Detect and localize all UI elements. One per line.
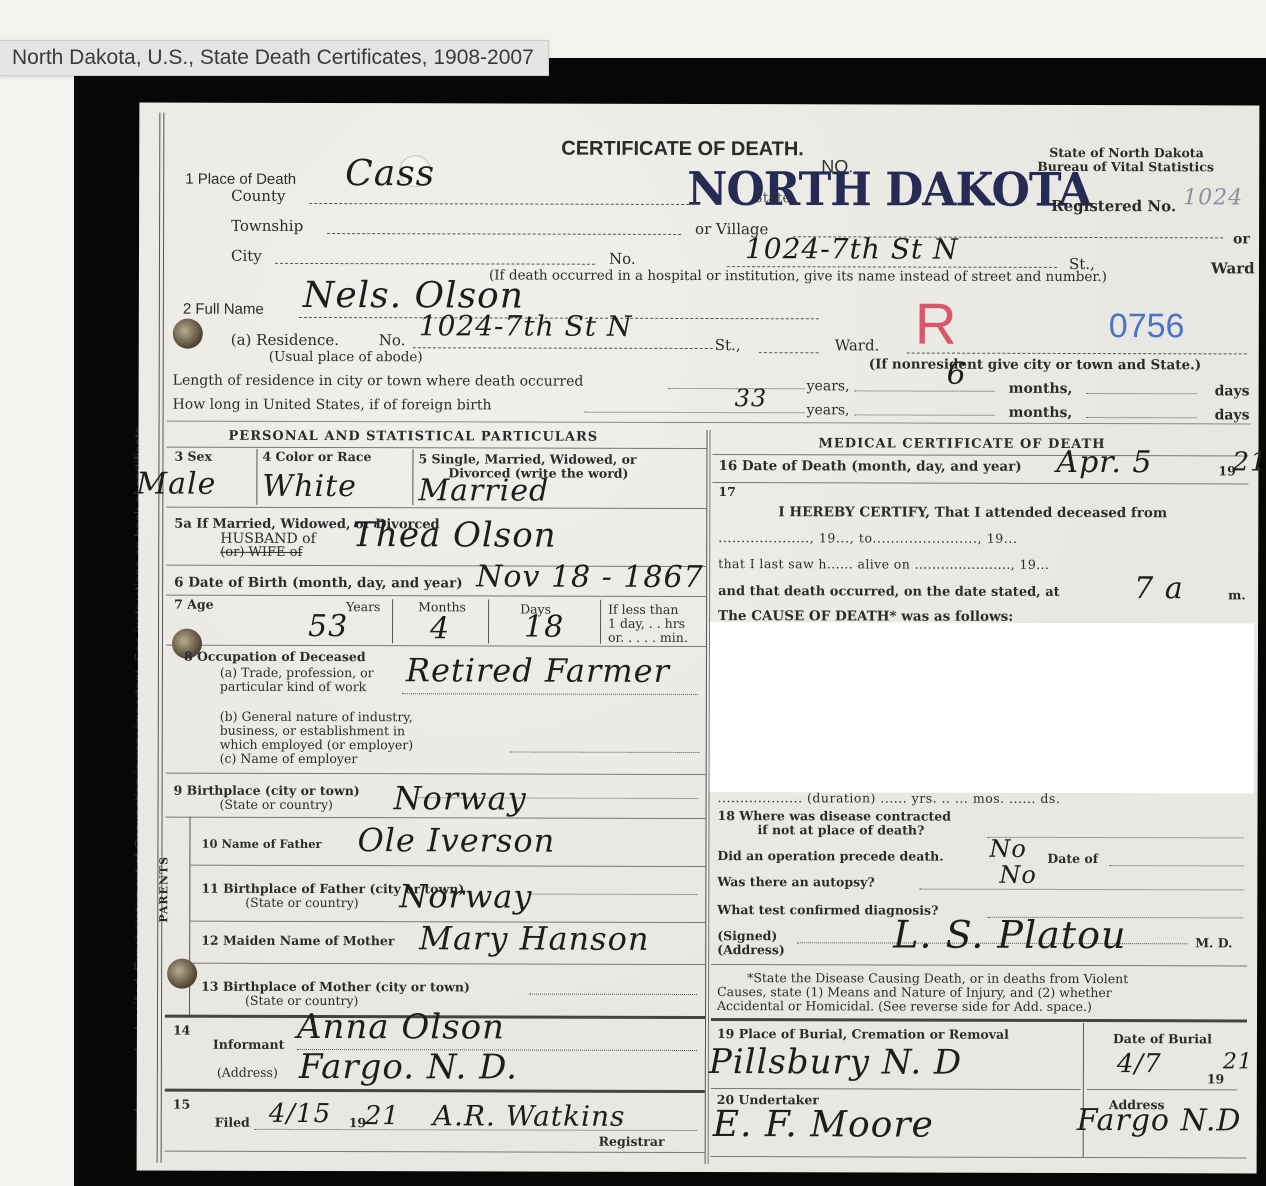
contracted-1: 18 Where was disease contracted — [718, 808, 952, 824]
us-days-line — [1087, 417, 1197, 418]
frame-line — [157, 113, 161, 1163]
md-label: M. D. — [1195, 935, 1232, 950]
mother-bp-label-1: 13 Birthplace of Mother (city or town) — [201, 979, 470, 995]
mother-value: Mary Hanson — [419, 919, 649, 958]
burial-date-value: 4/7 — [1117, 1049, 1162, 1079]
cell-divider — [256, 449, 257, 505]
row-line — [189, 963, 705, 965]
spouse-label-3: (or) WIFE of — [220, 545, 302, 560]
physician-signature: L. S. Platou — [893, 913, 1126, 958]
registrar-label: Registrar — [599, 1134, 665, 1149]
marital-value: Married — [418, 473, 549, 508]
us-months-line — [855, 414, 995, 415]
duration-line: ................... (duration) ...... yr… — [718, 790, 1061, 806]
mother-bp-label-2: (State or country) — [245, 993, 358, 1008]
occ-a-2: particular kind of work — [220, 679, 366, 694]
months-label-2: months, — [1009, 405, 1073, 421]
autopsy-value: No — [999, 861, 1037, 889]
row-line — [189, 865, 705, 867]
race-value: White — [262, 469, 357, 504]
place-of-death-label: 1 Place of Death — [185, 171, 296, 188]
thick-divider — [711, 1018, 1247, 1022]
contracted-2: if not at place of death? — [757, 822, 924, 837]
father-bp-value: Norway — [399, 877, 532, 915]
dod-label: 16 Date of Death (month, day, and year) — [718, 458, 1021, 475]
residence-label: (a) Residence. — [231, 331, 339, 349]
date-of-line — [1109, 865, 1243, 866]
residence-st-label: St., — [715, 336, 741, 354]
row-line — [711, 1088, 1081, 1090]
filed-year-prefix: 19 — [349, 1115, 366, 1130]
occ-a-value: Retired Farmer — [406, 651, 670, 690]
township-label: Township — [231, 217, 303, 235]
punch-hole — [173, 319, 203, 349]
county-label: County — [231, 187, 285, 205]
residence-value: 1024-7th St N — [419, 309, 633, 343]
frame-line — [161, 113, 165, 1163]
age-label: 7 Age — [174, 597, 213, 612]
item-17: 17 — [718, 484, 735, 499]
filed-label: Filed — [215, 1115, 250, 1130]
state-label: State — [753, 190, 791, 206]
date-of-label: Date of — [1047, 851, 1098, 866]
last-saw-line: that I last saw h...... alive on .......… — [718, 556, 1049, 572]
birthplace-value: Norway — [394, 779, 527, 817]
death-certificate: CERTIFICATE OF DEATH. State of North Dak… — [137, 103, 1260, 1174]
section-divider — [167, 421, 1251, 425]
occ-b-line — [510, 752, 700, 753]
us-years-line — [585, 412, 805, 414]
street-value: 1024-7th St N — [745, 232, 959, 266]
age-less-2: 1 day, . . hrs — [608, 616, 685, 631]
collection-title-tooltip: North Dakota, U.S., State Death Certific… — [0, 40, 549, 76]
length-months-line — [855, 390, 995, 391]
row-line — [166, 817, 706, 819]
occ-a-line — [402, 693, 698, 695]
operation-label: Did an operation precede death. — [717, 848, 943, 864]
informant-address-label: (Address) — [217, 1065, 278, 1080]
or-label: or — [1233, 231, 1250, 247]
informant-no: 14 — [173, 1023, 190, 1038]
filed-no: 15 — [173, 1097, 190, 1112]
sex-label: 3 Sex — [174, 449, 212, 464]
days-label: days — [1215, 383, 1250, 399]
dod-value: Apr. 5 — [1056, 445, 1152, 480]
hospital-note: (If death occurred in a hospital or inst… — [489, 267, 1107, 285]
us-years-value: 33 — [735, 384, 768, 412]
burial-label: 19 Place of Burial, Cremation or Removal — [717, 1026, 1009, 1042]
mother-bp-line — [529, 994, 697, 995]
sex-value: Male — [136, 467, 216, 502]
blue-number: 0756 — [1109, 307, 1185, 346]
address-label: (Address) — [717, 942, 785, 957]
dob-value: Nov 18 - 1867 — [476, 559, 704, 595]
dob-label: 6 Date of Birth (month, day, and year) — [174, 575, 462, 592]
mother-label: 12 Maiden Name of Mother — [201, 933, 394, 949]
row-line — [166, 773, 706, 775]
occupation-label: 8 Occupation of Deceased — [184, 649, 366, 664]
father-bp-line — [529, 894, 697, 895]
nonresident-note: (If nonresident give city or town and St… — [869, 356, 1201, 373]
occurred-label: and that death occurred, on the date sta… — [718, 584, 1060, 600]
informant-label: Informant — [213, 1037, 284, 1052]
thick-divider — [165, 1089, 705, 1093]
registered-label: Registered No. — [1051, 197, 1176, 215]
burial-place-value: Pillsbury N. D — [709, 1042, 962, 1083]
occ-c: (c) Name of employer — [220, 751, 358, 766]
age-years-label: Years — [346, 599, 380, 614]
row-line — [711, 1156, 1247, 1158]
residence-line — [413, 347, 713, 349]
row-line — [1087, 1089, 1237, 1090]
city-line — [275, 263, 595, 265]
full-name-label: 2 Full Name — [183, 301, 264, 318]
informant-value: Anna Olson — [297, 1007, 505, 1048]
redacted-cause-of-death — [710, 622, 1254, 793]
filed-year-suffix: 21 — [365, 1101, 400, 1131]
father-value: Ole Iverson — [357, 821, 555, 860]
usual-abode-label: (Usual place of abode) — [269, 349, 423, 365]
row-line — [712, 482, 1248, 484]
filed-value: 4/15 — [269, 1099, 331, 1129]
years-label: years, — [807, 378, 850, 394]
state-stamp: NORTH DAKOTA — [687, 163, 1091, 218]
parents-label: PARENTS — [157, 856, 170, 923]
footnote-3: Accidental or Homicidal. (See reverse si… — [717, 998, 1092, 1014]
row-line — [166, 645, 706, 647]
age-months-value: 4 — [430, 611, 450, 646]
burial-year-prefix: 19 — [1207, 1071, 1224, 1086]
red-mark: R — [915, 291, 957, 358]
row-line — [165, 1151, 705, 1153]
age-days-value: 18 — [524, 610, 564, 645]
autopsy-label: Was there an autopsy? — [717, 874, 874, 889]
row-line — [712, 454, 1248, 456]
occurred-value: 7 a — [1134, 571, 1184, 606]
burial-date-label: Date of Burial — [1113, 1031, 1212, 1046]
months-label: months, — [1009, 381, 1073, 397]
certify-line: I HEREBY CERTIFY, That I attended deceas… — [778, 504, 1167, 521]
cell-divider — [488, 599, 489, 643]
us-duration-label: How long in United States, if of foreign… — [173, 397, 492, 414]
city-label: City — [231, 247, 262, 265]
race-label: 4 Color or Race — [262, 449, 371, 464]
age-less-1: If less than — [608, 602, 678, 617]
autopsy-line — [919, 889, 1243, 891]
signed-label: (Signed) — [717, 928, 777, 943]
father-label: 10 Name of Father — [201, 837, 321, 851]
length-residence-label: Length of residence in city or town wher… — [173, 373, 584, 390]
residence-ward-line — [759, 352, 819, 353]
nonresident-line — [907, 353, 1247, 355]
county-value: Cass — [345, 153, 435, 194]
punch-hole — [167, 959, 197, 989]
undertaker-address-value: Fargo N.D — [1077, 1103, 1242, 1138]
registrar-signature: A.R. Watkins — [433, 1099, 626, 1133]
dod-year-suffix: 21 — [1232, 447, 1266, 477]
cell-divider — [412, 449, 413, 505]
row-line — [166, 595, 706, 597]
informant-address-value: Fargo. N. D. — [299, 1047, 518, 1088]
birthplace-label-2: (State or country) — [220, 797, 333, 812]
length-days-line — [1087, 393, 1197, 394]
undertaker-value: E. F. Moore — [713, 1104, 934, 1146]
personal-heading: PERSONAL AND STATISTICAL PARTICULARS — [229, 429, 599, 445]
attend-line: ...................., 19..., to.........… — [718, 530, 1017, 546]
row-line — [711, 964, 1247, 966]
father-bp-label-2: (State or country) — [245, 895, 358, 910]
operation-value: No — [989, 835, 1027, 863]
residence-ward-label: Ward. — [835, 336, 880, 354]
county-line — [309, 203, 689, 205]
ward-label: Ward — [1211, 259, 1255, 277]
certificate-title: CERTIFICATE OF DEATH. — [561, 138, 804, 162]
no-label: No. — [609, 250, 636, 268]
age-years-value: 53 — [308, 609, 348, 644]
cell-divider — [392, 599, 393, 643]
row-line — [166, 447, 706, 449]
days-label-2: days — [1215, 407, 1250, 423]
row-line — [166, 507, 706, 509]
cell-divider — [600, 600, 601, 644]
length-months-value: 6 — [947, 357, 967, 392]
residence-no-label: No. — [379, 331, 406, 349]
burial-year-suffix: 21 — [1223, 1049, 1253, 1074]
occurred-suffix: m. — [1228, 587, 1246, 602]
age-less-3: or. . . . . min. — [608, 630, 688, 645]
township-line — [327, 233, 681, 235]
spouse-value: Thea Olson — [352, 515, 556, 556]
years-label-2: years, — [807, 402, 850, 418]
birthplace-label-1: 9 Birthplace (city or town) — [174, 783, 360, 798]
registered-value: 1024 — [1183, 185, 1243, 210]
